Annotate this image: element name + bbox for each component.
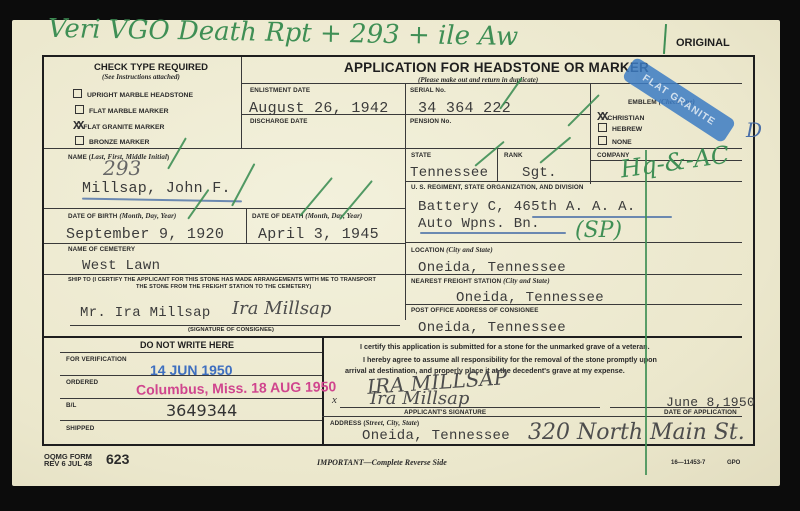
freight-station-value[interactable]: Oneida, Tennessee <box>456 290 604 306</box>
enlistment-date-value[interactable]: August 26, 1942 <box>249 100 389 117</box>
date-of-death-value[interactable]: April 3, 1945 <box>258 226 379 243</box>
name-annotation: 293 <box>103 156 141 180</box>
printer-mark: GPO <box>727 460 740 466</box>
divider <box>241 57 242 149</box>
serial-no-value[interactable]: 34 364 222 <box>418 100 511 117</box>
rank-label: RANK <box>504 152 523 159</box>
divider <box>405 83 406 320</box>
divider <box>60 398 322 399</box>
checkbox[interactable] <box>75 105 84 114</box>
address-typed-value[interactable]: Oneida, Tennessee <box>362 428 510 444</box>
applicant-signature-line <box>340 407 600 408</box>
office-use-heading: DO NOT WRITE HERE <box>140 340 234 350</box>
divider <box>60 352 322 353</box>
emblem-option-christian[interactable]: XXCHRISTIAN <box>597 110 644 124</box>
for-verification-label: FOR VERIFICATION <box>66 356 127 363</box>
po-address-value[interactable]: Oneida, Tennessee <box>418 320 566 336</box>
copy-label: ORIGINAL <box>676 37 730 49</box>
option-flat-granite-marker[interactable]: XXFLAT GRANITE MARKER <box>73 119 164 133</box>
regiment-line2[interactable]: Auto Wpns. Bn. <box>418 216 540 232</box>
signature-mark: x <box>332 394 337 406</box>
state-value[interactable]: Tennessee <box>410 165 488 181</box>
enlistment-date-label: ENLISTMENT DATE <box>250 87 310 94</box>
check-type-heading: CHECK TYPE REQUIRED <box>94 62 208 73</box>
date-of-birth-value[interactable]: September 9, 1920 <box>66 226 224 243</box>
emblem-option-hebrew[interactable]: HEBREW <box>598 123 642 133</box>
bill-of-lading-label: B/L <box>66 402 76 409</box>
divider <box>246 208 247 243</box>
ordered-label: ORDERED <box>66 379 98 386</box>
shipped-label: SHIPPED <box>66 425 94 432</box>
important-note: IMPORTANT—Complete Reverse Side <box>317 458 447 467</box>
consignee-signature: Ira Millsap <box>232 298 331 319</box>
rank-value[interactable]: Sgt. <box>522 165 557 181</box>
location-label: LOCATION (City and State) <box>411 246 493 254</box>
applicant-signature-cursive: Ira Millsap <box>370 388 469 409</box>
regiment-line1[interactable]: Battery C, 465th A. A. A. <box>418 199 636 215</box>
regiment-annotation: (SP) <box>575 218 622 243</box>
serial-no-label: SERIAL No. <box>410 87 446 94</box>
divider <box>44 336 742 338</box>
divider <box>60 420 322 421</box>
divider <box>44 274 405 275</box>
form-code: OQMG FORM REV 6 JUL 48 <box>44 453 92 467</box>
divider <box>44 148 742 149</box>
ship-to-label-line1: SHIP TO (I CERTIFY THE APPLICANT FOR THI… <box>68 277 376 283</box>
divider <box>60 375 322 376</box>
divider <box>497 148 498 181</box>
address-label: ADDRESS (Street, City, State) <box>330 419 419 427</box>
checkbox[interactable] <box>75 136 84 145</box>
bill-of-lading-value[interactable]: 3649344 <box>166 401 237 420</box>
emblem-option-none[interactable]: NONE <box>598 136 632 146</box>
signature-line <box>70 325 400 326</box>
option-bronze-marker[interactable]: BRONZE MARKER <box>75 136 149 146</box>
cemetery-value[interactable]: West Lawn <box>82 258 160 274</box>
address-handwritten-value: 320 North Main St. <box>528 420 745 445</box>
freight-station-label: NEAREST FREIGHT STATION (City and State) <box>411 277 550 285</box>
checkbox-checked-xx[interactable]: XX <box>597 110 605 124</box>
divider <box>322 416 742 417</box>
divider <box>44 243 405 244</box>
certification-line1: I certify this application is submitted … <box>360 342 650 351</box>
check-type-subheading: (See Instructions attached) <box>102 73 180 81</box>
divider <box>44 208 405 209</box>
pension-no-label: PENSION No. <box>410 118 451 125</box>
regiment-label: U. S. REGIMENT, STATE ORGANIZATION, AND … <box>411 184 584 191</box>
po-address-label: POST OFFICE ADDRESS OF CONSIGNEE <box>411 307 539 314</box>
cemetery-label: NAME OF CEMETERY <box>68 246 135 253</box>
divider <box>405 181 742 182</box>
form-title: APPLICATION FOR HEADSTONE OR MARKER <box>344 60 649 75</box>
checkbox[interactable] <box>73 89 82 98</box>
divider <box>405 242 742 243</box>
discharge-date-label: DISCHARGE DATE <box>250 118 308 125</box>
location-value[interactable]: Oneida, Tennessee <box>418 260 566 276</box>
checkbox[interactable] <box>598 136 607 145</box>
date-line <box>610 407 740 408</box>
ship-to-value[interactable]: Mr. Ira Millsap <box>80 305 211 321</box>
option-upright-marble-headstone[interactable]: UPRIGHT MARBLE HEADSTONE <box>73 89 193 99</box>
green-vertical-stroke <box>645 150 647 475</box>
date-of-birth-label: DATE OF BIRTH (Month, Day, Year) <box>68 212 176 220</box>
certification-line2: I hereby agree to assume all responsibil… <box>363 355 657 364</box>
option-flat-marble-marker[interactable]: FLAT MARBLE MARKER <box>75 105 169 115</box>
divider <box>590 83 591 184</box>
form-number: 623 <box>106 451 129 467</box>
emblem-annotation: D <box>746 118 762 142</box>
checkbox-checked-xx[interactable]: XX <box>73 119 81 133</box>
applicant-signature-label: APPLICANT'S SIGNATURE <box>404 409 486 416</box>
blue-underline <box>420 232 566 234</box>
ship-to-label-line2: THE STONE FROM THE FREIGHT STATION TO TH… <box>136 284 311 290</box>
print-code: 16—11453-7 <box>671 460 705 466</box>
consignee-signature-label: (SIGNATURE OF CONSIGNEE) <box>188 327 274 333</box>
date-of-application-label: DATE OF APPLICATION <box>664 409 737 416</box>
state-label: STATE <box>411 152 431 159</box>
checkbox[interactable] <box>598 123 607 132</box>
